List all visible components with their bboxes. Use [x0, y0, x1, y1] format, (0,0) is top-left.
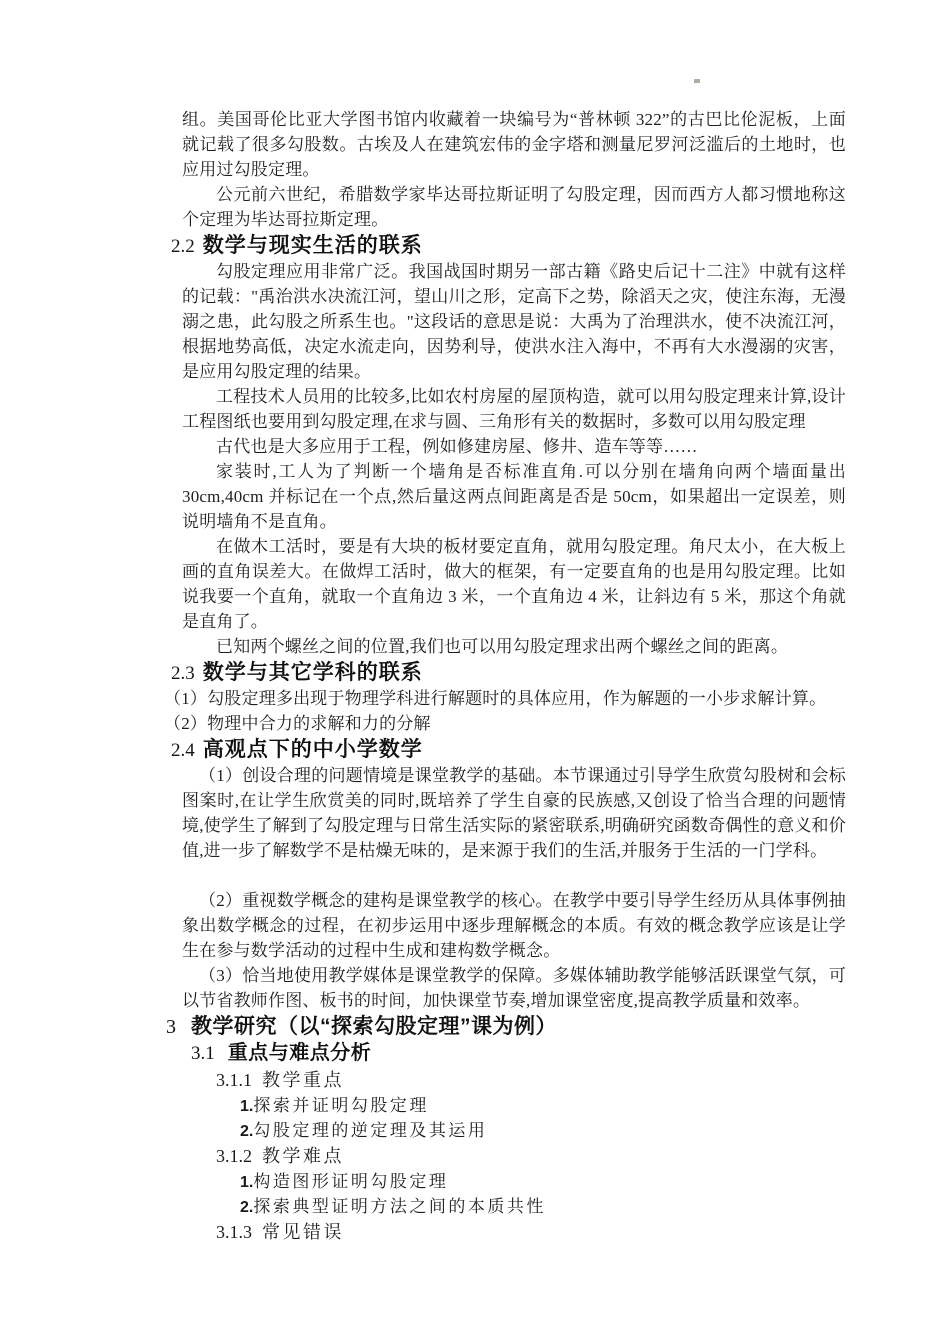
heading-3-1-3: 3.1.3常见错误 — [216, 1219, 950, 1245]
heading-title: 教学研究（以“探索勾股定理”课为例） — [191, 1015, 557, 1038]
heading-2-4: 2.4高观点下的中小学数学 — [171, 736, 950, 763]
list-item-explore-prove: 1.探索并证明勾股定理 — [240, 1093, 950, 1118]
document-page: 组。美国哥伦比亚大学图书馆内收藏着一块编号为“普林顿 322”的古巴比伦泥板，上… — [0, 0, 950, 1344]
paragraph-babylon-tablet: 组。美国哥伦比亚大学图书馆内收藏着一块编号为“普林顿 322”的古巴比伦泥板，上… — [182, 107, 846, 182]
heading-title: 教学重点 — [262, 1070, 344, 1090]
list-item-text: 勾股定理的逆定理及其运用 — [253, 1121, 487, 1140]
paragraph-carpentry-welding: 在做木工活时，要是有大块的板材要定直角，就用勾股定理。角尺太小，在大板上画的直角… — [182, 534, 846, 634]
list-item-number: 2. — [240, 1199, 253, 1216]
heading-title: 教学难点 — [262, 1146, 344, 1166]
heading-number: 3.1 — [191, 1043, 215, 1064]
heading-2-2: 2.2数学与现实生活的联系 — [171, 232, 950, 259]
stray-scan-mark — [694, 79, 700, 83]
list-item-construct-figure: 1.构造图形证明勾股定理 — [240, 1169, 950, 1194]
heading-title: 常见错误 — [262, 1222, 344, 1242]
heading-3: 3教学研究（以“探索勾股定理”课为例） — [166, 1013, 950, 1040]
item-force-decomposition: （2）物理中合力的求解和力的分解 — [164, 711, 884, 736]
paragraph-home-decoration: 家装时,工人为了判断一个墙角是否标准直角.可以分别在墙角向两个墙面量出30cm,… — [182, 459, 846, 534]
paragraph-flood-control: 勾股定理应用非常广泛。我国战国时期另一部古籍《路史后记十二注》中就有这样的记载：… — [182, 259, 846, 384]
list-item-number: 1. — [240, 1098, 253, 1115]
heading-number: 3.1.2 — [216, 1146, 252, 1166]
heading-3-1-2: 3.1.2教学难点 — [216, 1143, 950, 1169]
paragraph-pythagoras: 公元前六世纪，希腊数学家毕达哥拉斯证明了勾股定理，因而西方人都习惯地称这个定理为… — [182, 182, 846, 232]
paragraph-ancient-projects: 古代也是大多应用于工程，例如修建房屋、修井、造车等等…… — [182, 434, 846, 459]
heading-3-1-1: 3.1.1教学重点 — [216, 1067, 950, 1093]
heading-title: 数学与其它学科的联系 — [203, 661, 423, 684]
paragraph-engineering: 工程技术人员用的比较多,比如农村房屋的屋顶构造，就可以用勾股定理来计算,设计工程… — [182, 384, 846, 434]
heading-number: 2.4 — [171, 740, 195, 761]
heading-2-3: 2.3数学与其它学科的联系 — [171, 659, 950, 686]
paragraph-problem-situation: （1）创设合理的问题情境是课堂教学的基础。本节课通过引导学生欣赏勾股树和会标图案… — [182, 763, 846, 888]
list-item-typical-proofs: 2.探索典型证明方法之间的本质共性 — [240, 1194, 950, 1219]
paragraph-concept-construction: （2）重视数学概念的建构是课堂教学的核心。在教学中要引导学生经历从具体事例抽象出… — [182, 888, 846, 963]
heading-title: 重点与难点分析 — [228, 1042, 372, 1064]
heading-number: 3 — [166, 1016, 176, 1038]
paragraph-screw-distance: 已知两个螺丝之间的位置,我们也可以用勾股定理求出两个螺丝之间的距离。 — [182, 634, 846, 659]
list-item-text: 探索典型证明方法之间的本质共性 — [253, 1197, 546, 1216]
heading-title: 高观点下的中小学数学 — [203, 738, 423, 761]
heading-3-1: 3.1重点与难点分析 — [191, 1040, 950, 1067]
list-item-text: 构造图形证明勾股定理 — [253, 1172, 448, 1191]
heading-number: 2.3 — [171, 663, 195, 684]
heading-title: 数学与现实生活的联系 — [203, 234, 423, 257]
list-item-text: 探索并证明勾股定理 — [253, 1096, 429, 1115]
list-item-number: 2. — [240, 1123, 253, 1140]
heading-number: 3.1.3 — [216, 1222, 252, 1242]
item-physics-application: （1）勾股定理多出现于物理学科进行解题时的具体应用，作为解题的一小步求解计算。 — [164, 686, 884, 711]
paragraph-teaching-media: （3）恰当地使用教学媒体是课堂教学的保障。多媒体辅助教学能够活跃课堂气氛，可以节… — [182, 963, 846, 1013]
heading-number: 3.1.1 — [216, 1070, 252, 1090]
list-item-number: 1. — [240, 1174, 253, 1191]
heading-number: 2.2 — [171, 236, 195, 257]
list-item-converse-theorem: 2.勾股定理的逆定理及其运用 — [240, 1118, 950, 1143]
